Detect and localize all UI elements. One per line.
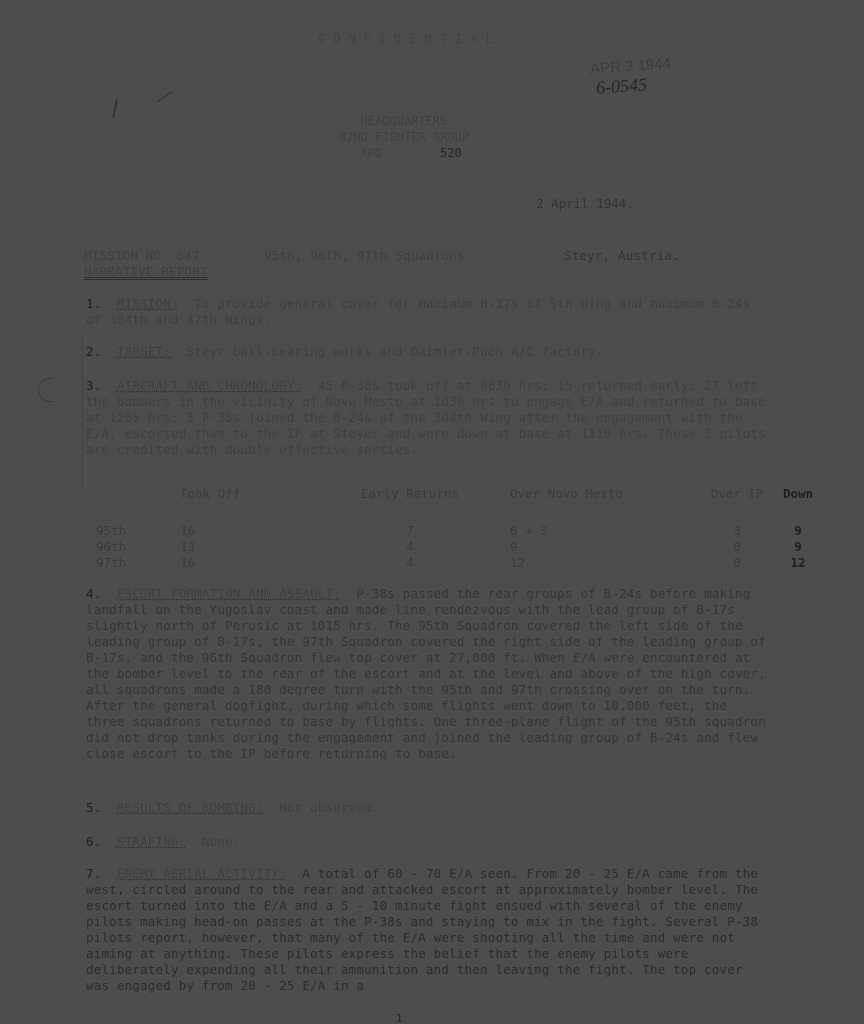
down-cell: 9 xyxy=(768,538,828,554)
section-text: A total of 60 - 70 E/A seen. From 20 - 2… xyxy=(86,866,758,993)
section-heading: TARGET: xyxy=(117,344,171,359)
scan-mark xyxy=(112,100,118,118)
table-row: 95th 16 7 6 + 3 3 9 xyxy=(96,522,828,538)
squadron-cell: 95th xyxy=(96,522,180,538)
mission-number: MISSION NO. 647 xyxy=(84,248,200,264)
document-page: CONFIDENTIAL APR 3 1944 6-0545 HEADQUART… xyxy=(0,0,864,1024)
took-off-cell: 16 xyxy=(180,522,310,538)
took-off-cell: 16 xyxy=(180,554,310,570)
handwritten-reference: 6-0545 xyxy=(595,74,647,99)
section-text: Not observed. xyxy=(279,800,379,815)
target-location: Steyr, Austria. xyxy=(564,248,680,264)
report-date: 2 April 1944. xyxy=(536,196,634,211)
section-heading: RESULTS OF BOMBING: xyxy=(117,800,264,815)
section-heading: ESCORT FORMATION AND ASSAULT: xyxy=(117,586,341,601)
section-number: 5. xyxy=(86,800,101,815)
squadrons: 95th, 96th, 97th Squadrons xyxy=(264,248,465,264)
punch-hole-mark xyxy=(38,378,53,402)
section-number: 4. xyxy=(86,586,101,601)
took-off-cell: 13 xyxy=(180,538,310,554)
classification-label: CONFIDENTIAL xyxy=(318,32,501,46)
table-row: 96th 13 4 9 0 9 xyxy=(96,538,828,554)
down-cell: 12 xyxy=(768,554,828,570)
section-heading: AIRCRAFT AND CHRONOLOGY: xyxy=(117,378,302,393)
unit-headquarters-line: HEADQUARTERS xyxy=(304,114,504,128)
section-number: 6. xyxy=(86,834,101,849)
sorties-table: Took Off Early Returns Over Novo Mesto O… xyxy=(96,486,828,570)
section-mission: 1. MISSION: To provide general cover for… xyxy=(86,296,766,328)
section-escort-formation: 4. ESCORT FORMATION AND ASSAULT: P-38s p… xyxy=(86,586,766,762)
apo-label: APO xyxy=(360,146,382,160)
section-number: 2. xyxy=(86,344,101,359)
column-header xyxy=(96,486,180,522)
section-text: To provide general cover for maximum B-1… xyxy=(86,296,750,327)
early-returns-cell: 4 xyxy=(310,538,510,554)
table-row: 97th 16 4 12 0 12 xyxy=(96,554,828,570)
over-novo-mesto-cell: 6 + 3 xyxy=(510,522,706,538)
over-ip-cell: 0 xyxy=(706,538,768,554)
squadron-cell: 96th xyxy=(96,538,180,554)
early-returns-cell: 4 xyxy=(310,554,510,570)
section-text: Steyr ball-bearing works and Daimler-Puc… xyxy=(186,344,603,359)
over-ip-cell: 3 xyxy=(706,522,768,538)
page-number: 1 xyxy=(396,1012,403,1024)
section-heading: MISSION: xyxy=(117,296,179,311)
column-header: Over Novo Mesto xyxy=(510,486,706,522)
section-target: 2. TARGET: Steyr ball-bearing works and … xyxy=(86,344,766,360)
scan-edge-line xyxy=(82,330,83,490)
section-strafing: 6. STRAFING: None. xyxy=(86,834,766,850)
section-heading: STRAFING: xyxy=(117,834,187,849)
section-enemy-aerial-activity: 7. ENEMY AERIAL ACTIVITY: A total of 60 … xyxy=(86,866,766,994)
table-header-row: Took Off Early Returns Over Novo Mesto O… xyxy=(96,486,828,522)
column-header: Down xyxy=(768,486,828,522)
section-text: None. xyxy=(202,834,241,849)
section-text: P-38s passed the rear groups of B-24s be… xyxy=(86,586,766,761)
over-ip-cell: 0 xyxy=(706,554,768,570)
column-header: Over IP xyxy=(706,486,768,522)
section-number: 7. xyxy=(86,866,101,881)
section-number: 3. xyxy=(86,378,101,393)
column-header: Early Returns xyxy=(310,486,510,522)
unit-name-line: 82ND FIGHTER GROUP xyxy=(304,130,504,144)
section-results-of-bombing: 5. RESULTS OF BOMBING: Not observed. xyxy=(86,800,766,816)
section-aircraft-chronology: 3. AIRCRAFT AND CHRONOLOGY: 45 P-38s too… xyxy=(86,378,766,458)
squadron-cell: 97th xyxy=(96,554,180,570)
section-number: 1. xyxy=(86,296,101,311)
apo-number: 520 xyxy=(440,146,462,160)
section-heading: ENEMY AERIAL ACTIVITY: xyxy=(117,866,287,881)
scan-mark xyxy=(157,91,172,102)
report-type: NARRATIVE REPORT xyxy=(84,264,208,280)
down-cell: 9 xyxy=(768,522,828,538)
over-novo-mesto-cell: 9 xyxy=(510,538,706,554)
column-header: Took Off xyxy=(180,486,310,522)
over-novo-mesto-cell: 12 xyxy=(510,554,706,570)
early-returns-cell: 7 xyxy=(310,522,510,538)
